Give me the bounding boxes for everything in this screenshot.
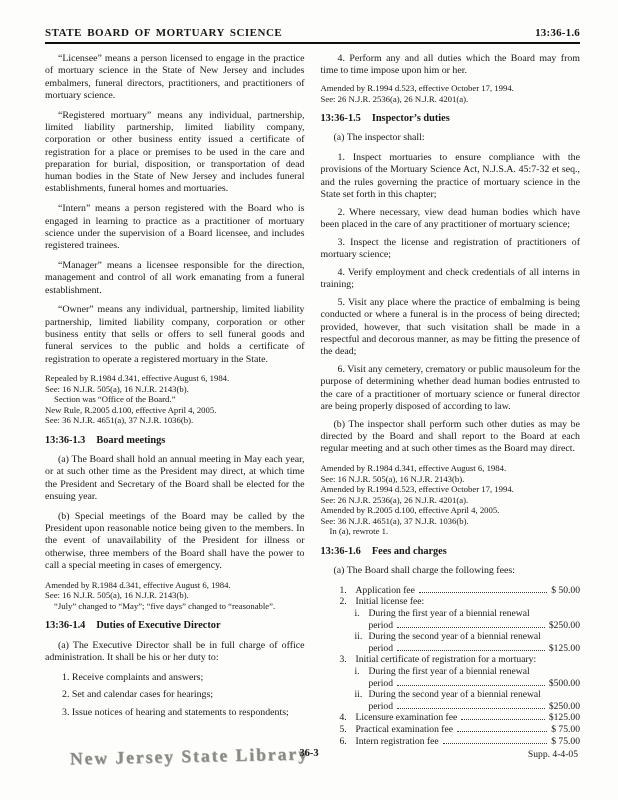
definition-manager: “Manager” means a licensee responsible f…: [45, 260, 305, 297]
list-item: 4. Perform any and all duties which the …: [321, 53, 581, 78]
fee-number: ii.: [355, 631, 369, 654]
fee-item: 3. Initial certificate of registration f…: [340, 654, 581, 666]
section-number: 13:36-1.4: [45, 620, 85, 631]
fee-amount-line: period $250.00: [369, 701, 581, 713]
fee-number: 1.: [340, 585, 356, 597]
fee-number: 4.: [340, 712, 356, 724]
fee-schedule: 1. Application fee $ 50.00 2. Initial li…: [340, 585, 581, 747]
definition-intern: “Intern” means a person registered with …: [45, 203, 305, 252]
fee-label: During the first year of a biennial rene…: [369, 608, 581, 620]
history-line: See: 36 N.J.R. 4651(a), 37 N.J.R. 1036(b…: [45, 415, 305, 426]
history-line: See: 26 N.J.R. 2536(a), 26 N.J.R. 4201(a…: [321, 94, 581, 105]
fee-amount: $125.00: [549, 712, 580, 724]
history-line: Amended by R.1984 d.341, effective Augus…: [45, 580, 305, 591]
list-item: 2. Where necessary, view dead human bodi…: [321, 207, 581, 232]
fee-subitem: i. During the first year of a biennial r…: [340, 608, 581, 631]
section-heading-13-36-1-6: 13:36-1.6Fees and charges: [321, 546, 581, 558]
fee-label-cont: period: [369, 620, 394, 632]
fee-subitem: ii. During the second year of a biennial…: [340, 689, 581, 712]
dot-leader: [397, 650, 545, 651]
history-line: “July” changed to “May”; “five days” cha…: [45, 601, 305, 612]
paragraph-b: (b) Special meetings of the Board may be…: [45, 511, 305, 572]
fee-number: ii.: [355, 689, 369, 712]
fee-label: During the second year of a biennial ren…: [369, 631, 581, 643]
history-line: Amended by R.2005 d.100, effective April…: [321, 505, 581, 516]
fee-amount: $ 50.00: [551, 585, 580, 597]
right-column: 4. Perform any and all duties which the …: [321, 53, 581, 747]
dot-leader: [397, 685, 545, 686]
history-line: See: 36 N.J.R. 4651(a), 37 N.J.R. 1036(b…: [321, 516, 581, 527]
two-column-body: “Licensee” means a person licensed to en…: [45, 53, 580, 747]
fee-number: 6.: [340, 736, 356, 748]
history-line: See: 16 N.J.R. 505(a), 16 N.J.R. 2143(b)…: [45, 590, 305, 601]
section-title: Duties of Executive Director: [96, 620, 220, 631]
fee-item: 2. Initial license fee:: [340, 596, 581, 608]
fee-amount-line: period $500.00: [369, 678, 581, 690]
list-item: 2. Set and calendar cases for hearings;: [45, 689, 305, 701]
fee-label: Intern registration fee: [356, 736, 439, 748]
fee-amount: $ 75.00: [551, 736, 580, 748]
history-note: Amended by R.1984 d.341, effective Augus…: [321, 463, 581, 537]
list-item: 6. Visit any cemetery, crematory or publ…: [321, 364, 581, 413]
history-line: See: 26 N.J.R. 2536(a), 26 N.J.R. 4201(a…: [321, 495, 581, 506]
header-title: STATE BOARD OF MORTUARY SCIENCE: [45, 27, 282, 39]
history-note: Amended by R.1984 d.341, effective Augus…: [45, 580, 305, 612]
paragraph-a: (a) The inspector shall:: [321, 132, 581, 144]
paragraph-a: (a) The Executive Director shall be in f…: [45, 640, 305, 665]
fee-amount: $500.00: [549, 678, 580, 690]
fee-label: During the second year of a biennial ren…: [369, 689, 581, 701]
fee-amount-line: period $125.00: [369, 643, 581, 655]
fee-subitem: ii. During the second year of a biennial…: [340, 631, 581, 654]
left-column: “Licensee” means a person licensed to en…: [45, 53, 305, 747]
section-number: 13:36-1.5: [321, 113, 361, 124]
fee-subitem-body: During the second year of a biennial ren…: [369, 689, 581, 712]
fee-subitem-body: During the first year of a biennial rene…: [369, 608, 581, 631]
history-line: New Rule, R.2005 d.100, effective April …: [45, 405, 305, 416]
fee-number: 2.: [340, 596, 356, 608]
fee-number: 5.: [340, 724, 356, 736]
fee-subitem-body: During the second year of a biennial ren…: [369, 631, 581, 654]
definition-owner: “Owner” means any individual, partnershi…: [45, 304, 305, 365]
dot-leader: [443, 743, 548, 744]
list-item: 5. Visit any place where the practice of…: [321, 297, 581, 358]
section-title: Board meetings: [96, 435, 165, 446]
history-note: Repealed by R.1984 d.341, effective Augu…: [45, 373, 305, 426]
fee-label-cont: period: [369, 678, 394, 690]
fee-amount-line: period $250.00: [369, 620, 581, 632]
paragraph-a: (a) The Board shall charge the following…: [321, 565, 581, 577]
fee-amount: $ 75.00: [551, 724, 580, 736]
fee-amount: $250.00: [549, 620, 580, 632]
history-line: Repealed by R.1984 d.341, effective Augu…: [45, 373, 305, 384]
dot-leader: [457, 731, 547, 732]
history-line: See: 16 N.J.R. 505(a), 16 N.J.R. 2143(b)…: [321, 474, 581, 485]
history-line: Amended by R.1994 d.523, effective Octob…: [321, 83, 581, 94]
fee-subitem-body: During the first year of a biennial rene…: [369, 666, 581, 689]
fee-label: Licensure examination fee: [356, 712, 458, 724]
supplement-date: Supp. 4-4-05: [528, 749, 578, 760]
section-number: 13:36-1.3: [45, 435, 85, 446]
page-number: 36-3: [0, 748, 618, 759]
list-item: 1. Receive complaints and answers;: [45, 672, 305, 684]
history-line: Amended by R.1994 d.523, effective Octob…: [321, 484, 581, 495]
fee-number: 3.: [340, 654, 356, 666]
fee-item: 1. Application fee $ 50.00: [340, 585, 581, 597]
dot-leader: [397, 708, 545, 709]
fee-number: i.: [355, 608, 369, 631]
section-heading-13-36-1-5: 13:36-1.5Inspector’s duties: [321, 113, 581, 125]
paragraph-b: (b) The inspector shall perform such oth…: [321, 419, 581, 456]
definition-registered-mortuary: “Registered mortuary” means any individu…: [45, 110, 305, 196]
header-section-ref: 13:36-1.6: [535, 27, 580, 39]
section-title: Inspector’s duties: [372, 113, 450, 124]
fee-amount: $250.00: [549, 701, 580, 713]
dot-leader: [419, 592, 547, 593]
fee-item: 5. Practical examination fee $ 75.00: [340, 724, 581, 736]
fee-label: During the first year of a biennial rene…: [369, 666, 581, 678]
fee-subitem: i. During the first year of a biennial r…: [340, 666, 581, 689]
fee-label: Practical examination fee: [356, 724, 454, 736]
section-heading-13-36-1-4: 13:36-1.4Duties of Executive Director: [45, 620, 305, 632]
history-line: Section was “Office of the Board.”: [45, 394, 305, 405]
list-item: 3. Inspect the license and registration …: [321, 237, 581, 262]
fee-label: Application fee: [356, 585, 415, 597]
history-line: Amended by R.1984 d.341, effective Augus…: [321, 463, 581, 474]
fee-item: 4. Licensure examination fee $125.00: [340, 712, 581, 724]
dot-leader: [461, 719, 545, 720]
fee-label: Initial certificate of registration for …: [356, 654, 537, 666]
history-line: See: 16 N.J.R. 505(a), 16 N.J.R. 2143(b)…: [45, 384, 305, 395]
page-header: STATE BOARD OF MORTUARY SCIENCE 13:36-1.…: [45, 27, 580, 44]
fee-number: i.: [355, 666, 369, 689]
history-line: In (a), rewrote 1.: [321, 526, 581, 537]
section-heading-13-36-1-3: 13:36-1.3Board meetings: [45, 435, 305, 447]
definition-licensee: “Licensee” means a person licensed to en…: [45, 53, 305, 102]
list-item: 1. Inspect mortuaries to ensure complian…: [321, 152, 581, 201]
fee-amount: $125.00: [549, 643, 580, 655]
document-page: STATE BOARD OF MORTUARY SCIENCE 13:36-1.…: [0, 0, 618, 800]
section-title: Fees and charges: [372, 546, 447, 557]
paragraph-a: (a) The Board shall hold an annual meeti…: [45, 454, 305, 503]
history-note: Amended by R.1994 d.523, effective Octob…: [321, 83, 581, 104]
list-item: 4. Verify employment and check credentia…: [321, 267, 581, 292]
dot-leader: [397, 627, 545, 628]
section-number: 13:36-1.6: [321, 546, 361, 557]
fee-label-cont: period: [369, 701, 394, 713]
list-item: 3. Issue notices of hearing and statemen…: [45, 707, 305, 719]
fee-item: 6. Intern registration fee $ 75.00: [340, 736, 581, 748]
fee-label: Initial license fee:: [356, 596, 425, 608]
fee-label-cont: period: [369, 643, 394, 655]
